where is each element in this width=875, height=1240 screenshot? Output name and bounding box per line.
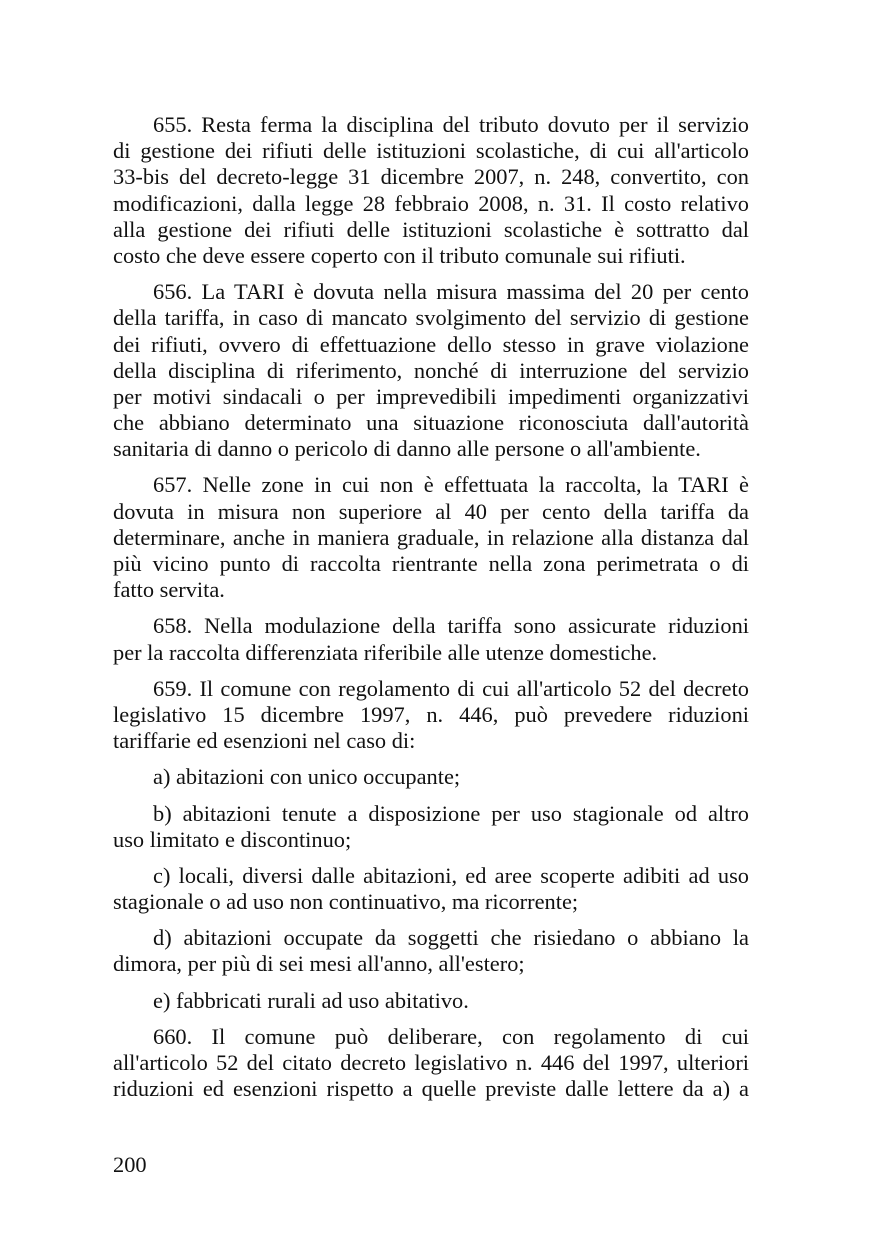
text-line: per motivi sindacali o per imprevedibili… [113,384,749,410]
text-line: 33-bis del decreto-legge 31 dicembre 200… [113,164,749,190]
list-item-c: c) locali, diversi dalle abitazioni, ed … [113,863,749,915]
text-line: sanitaria di danno o pericolo di danno a… [113,436,749,462]
text-line: 658. Nella modulazione della tariffa son… [113,613,749,639]
text-line: dei rifiuti, ovvero di effettuazione del… [113,332,749,358]
text-line: determinare, anche in maniera graduale, … [113,525,749,551]
text-line: modificazioni, dalla legge 28 febbraio 2… [113,191,749,217]
document-page: 655. Resta ferma la disciplina del tribu… [113,112,749,1112]
text-line: della disciplina di riferimento, nonché … [113,358,749,384]
text-line: 655. Resta ferma la disciplina del tribu… [113,112,749,138]
paragraph-656: 656. La TARI è dovuta nella misura massi… [113,279,749,462]
text-line: c) locali, diversi dalle abitazioni, ed … [113,863,749,889]
list-item-b: b) abitazioni tenute a disposizione per … [113,801,749,853]
text-line: d) abitazioni occupate da soggetti che r… [113,925,749,951]
text-line: a) abitazioni con unico occupante; [113,764,749,790]
text-line: della tariffa, in caso di mancato svolgi… [113,305,749,331]
text-line: tariffarie ed esenzioni nel caso di: [113,728,749,754]
text-line: costo che deve essere coperto con il tri… [113,243,749,269]
list-item-e: e) fabbricati rurali ad uso abitativo. [113,988,749,1014]
text-line: fatto servita. [113,577,749,603]
paragraph-657: 657. Nelle zone in cui non è effettuata … [113,472,749,603]
text-line: legislativo 15 dicembre 1997, n. 446, pu… [113,702,749,728]
text-line: dimora, per più di sei mesi all'anno, al… [113,951,749,977]
text-line: dovuta in misura non superiore al 40 per… [113,499,749,525]
paragraph-660: 660. Il comune può deliberare, con regol… [113,1024,749,1103]
text-line: che abbiano determinato una situazione r… [113,410,749,436]
text-line: stagionale o ad uso non continuativo, ma… [113,889,749,915]
text-line: e) fabbricati rurali ad uso abitativo. [113,988,749,1014]
text-line: riduzioni ed esenzioni rispetto a quelle… [113,1076,749,1102]
list-item-d: d) abitazioni occupate da soggetti che r… [113,925,749,977]
list-item-a: a) abitazioni con unico occupante; [113,764,749,790]
text-line: di gestione dei rifiuti delle istituzion… [113,138,749,164]
text-line: 657. Nelle zone in cui non è effettuata … [113,472,749,498]
text-line: per la raccolta differenziata riferibile… [113,640,749,666]
page-number: 200 [113,1152,147,1178]
text-line: alla gestione dei rifiuti delle istituzi… [113,217,749,243]
paragraph-659: 659. Il comune con regolamento di cui al… [113,676,749,755]
text-line: uso limitato e discontinuo; [113,827,749,853]
paragraph-658: 658. Nella modulazione della tariffa son… [113,613,749,665]
text-line: 659. Il comune con regolamento di cui al… [113,676,749,702]
paragraph-655: 655. Resta ferma la disciplina del tribu… [113,112,749,269]
text-line: più vicino punto di raccolta rientrante … [113,551,749,577]
text-line: b) abitazioni tenute a disposizione per … [113,801,749,827]
text-line: all'articolo 52 del citato decreto legis… [113,1050,749,1076]
text-line: 656. La TARI è dovuta nella misura massi… [113,279,749,305]
text-line: 660. Il comune può deliberare, con regol… [113,1024,749,1050]
